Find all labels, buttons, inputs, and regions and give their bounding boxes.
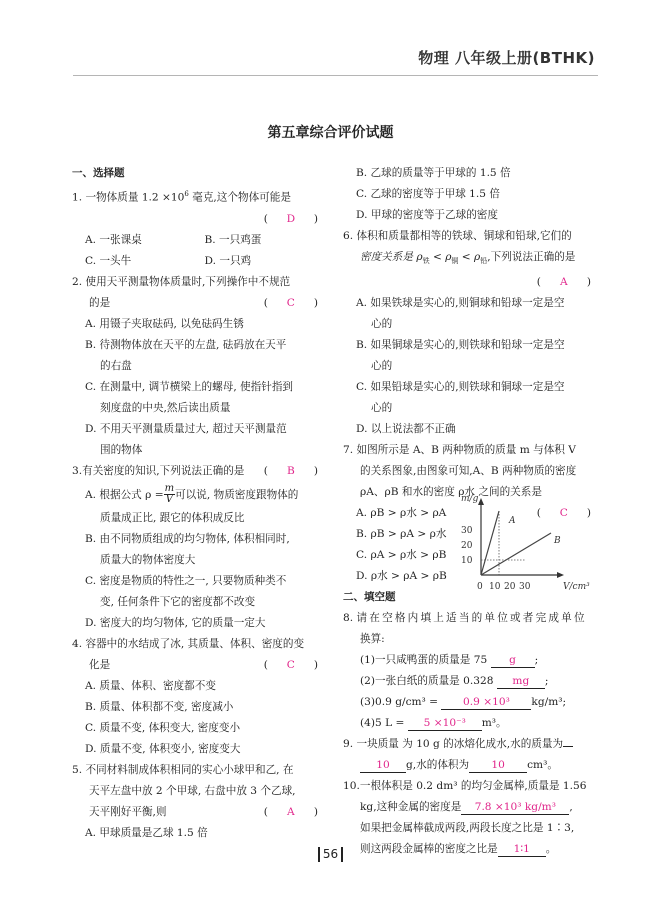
option-a: A. 用镊子夹取砝码, 以免砝码生锈: [72, 314, 324, 335]
answer-choice: B: [268, 461, 314, 482]
question-stem: 一物体质量 1.2 ×10: [85, 192, 184, 204]
option-a: A. 如果铁球是实心的,则铜球和铅球一定是空心的: [343, 293, 597, 335]
left-column: 一、选择题 1. 一物体质量 1.2 ×106 毫克,这个物体可能是 (D) A…: [72, 163, 324, 844]
answer-blank: 10: [360, 758, 406, 773]
option-d: D. 以上说法都不正确: [343, 419, 597, 440]
page-number: 56: [0, 847, 661, 862]
answer-blank: 7.8 ×10³ kg/m³: [461, 800, 569, 815]
svg-text:0: 0: [477, 582, 483, 592]
option-d: D. 质量不变, 体积变小, 密度变大: [72, 739, 324, 760]
question-2: 2. 使用天平测量物体质量时,下列操作中不规范 的是(C) A. 用镊子夹取砝码…: [72, 272, 324, 461]
question-number: 1.: [72, 192, 82, 204]
y-axis-label: m/g: [461, 494, 479, 504]
svg-text:20: 20: [461, 541, 473, 551]
option-c: C. 质量不变, 体积变大, 密度变小: [72, 718, 324, 739]
page-number-bar-right: [341, 847, 343, 862]
question-number: 6.: [343, 230, 353, 242]
answer-choice: D: [268, 209, 314, 230]
question-number: 2.: [72, 276, 82, 288]
line-b-label: B: [553, 536, 561, 546]
header-divider: [73, 75, 598, 76]
answer-choice: A: [268, 802, 314, 823]
question-stem: 如图所示是 A、B 两种物质的质量 m 与体积 V: [356, 444, 575, 456]
mass-volume-graph: m/g 10 20 30 0 10 20 30 V/cm³ A B: [458, 493, 638, 593]
option-c: C. 一头牛: [85, 251, 205, 272]
question-number: 4.: [72, 638, 82, 650]
x-axis-label: V/cm³: [563, 582, 590, 592]
question-stem: 一根体积是 0.2 dm³ 的均匀金属棒,质量是 1.56: [360, 780, 587, 792]
option-a: A. 甲球质量是乙球 1.5 倍: [72, 823, 324, 844]
question-number: 10.: [343, 780, 360, 792]
question-stem: 请在空格内填上适当的单位或者完成单位: [356, 612, 586, 624]
header-title: 物理 八年级上册(BTHK): [418, 47, 595, 68]
question-4: 4. 容器中的水结成了冰, 其质量、体积、密度的变 化是(C) A. 质量、体积…: [72, 634, 324, 760]
question-stem: 有关密度的知识,下列说法正确的是: [82, 465, 244, 477]
option-d: D. 密度大的均匀物体, 它的质量一定大: [72, 613, 324, 634]
page-title: 第五章综合评价试题: [0, 122, 661, 142]
y-axis-arrow-icon: [478, 498, 484, 505]
question-9: 9. 一块质量 为 10 g 的冰熔化成水,水的质量为 10g,水的体积为10c…: [343, 734, 597, 776]
answer-choice: C: [268, 655, 314, 676]
option-a: A. 一张课桌: [85, 230, 205, 251]
svg-text:20: 20: [504, 582, 516, 592]
question-1: 1. 一物体质量 1.2 ×106 毫克,这个物体可能是 (D) A. 一张课桌…: [72, 184, 324, 272]
question-number: 9.: [343, 738, 353, 750]
question-number: 8.: [343, 612, 353, 624]
answer-blank: 5 ×10⁻³: [408, 716, 482, 731]
question-number: 7.: [343, 444, 353, 456]
option-d: D. 一只鸡: [205, 251, 325, 272]
answer-choice: C: [268, 293, 314, 314]
option-a: A. 质量、体积、密度都不变: [72, 676, 324, 697]
question-6: 6. 体积和质量都相等的铁球、铜球和铅球,它们的 密度关系是 ρ铁 < ρ铜 <…: [343, 226, 597, 440]
q5-option-b: B. 乙球的质量等于甲球的 1.5 倍: [343, 163, 597, 184]
fill-item-4: (4)5 L = 5 ×10⁻³m³。: [343, 713, 597, 734]
answer-blank: 0.9 ×10³: [441, 695, 531, 710]
option-c: C. 密度是物质的特性之一, 只要物质种类不变, 任何条件下它的密度都不改变: [72, 571, 324, 613]
answer-choice: A: [541, 272, 587, 293]
svg-text:10: 10: [461, 556, 473, 566]
answer-blank: 10: [469, 758, 527, 773]
svg-text:30: 30: [461, 526, 473, 536]
question-stem: 一块质量 为 10 g 的冰熔化成水,水的质量为: [356, 738, 563, 750]
q5-option-c: C. 乙球的密度等于甲球 1.5 倍: [343, 184, 597, 205]
fill-item-1: (1)一只咸鸭蛋的质量是 75 g;: [343, 650, 597, 671]
answer-blank: mg: [497, 674, 545, 689]
question-8: 8. 请在空格内填上适当的单位或者完成单位 换算: (1)一只咸鸭蛋的质量是 7…: [343, 608, 597, 734]
svg-text:30: 30: [519, 582, 531, 592]
option-b: B. 一只鸡蛋: [205, 230, 325, 251]
question-5: 5. 不同材料制成体积相同的实心小球甲和乙, 在 天平左盘中放 2 个甲球, 右…: [72, 760, 324, 844]
question-3: 3.有关密度的知识,下列说法正确的是(B) A. 根据公式 ρ =mV可以说, …: [72, 461, 324, 634]
svg-text:10: 10: [489, 582, 501, 592]
fill-item-2: (2)一张白纸的质量是 0.328 mg;: [343, 671, 597, 692]
fraction-m-over-v: mV: [164, 484, 175, 505]
fill-item-3: (3)0.9 g/cm³ = 0.9 ×10³kg/m³;: [343, 692, 597, 713]
answer-blank: g: [491, 653, 535, 668]
option-c: C. 如果铅球是实心的,则铁球和铜球一定是空心的: [343, 377, 597, 419]
x-axis-arrow-icon: [557, 572, 564, 578]
option-a: A. 根据公式 ρ =mV可以说, 物质密度跟物体的质量成正比, 跟它的体积成反…: [72, 482, 324, 529]
option-b: B. 如果铜球是实心的,则铁球和铅球一定是空心的: [343, 335, 597, 377]
question-stem: 容器中的水结成了冰, 其质量、体积、密度的变: [85, 638, 304, 650]
answer-bracket: (D): [72, 209, 324, 230]
option-b: B. 待测物体放在天平的左盘, 砝码放在天平的右盘: [72, 335, 324, 377]
option-c: C. 在测量中, 调节横梁上的螺母, 使指针指到刻度盘的中央,然后读出质量: [72, 377, 324, 419]
page-number-bar-left: [318, 847, 320, 862]
option-b: B. 质量、体积都不变, 密度减小: [72, 697, 324, 718]
line-a-label: A: [508, 516, 516, 526]
question-stem: 使用天平测量物体质量时,下列操作中不规范: [85, 276, 290, 288]
option-b: B. 由不同物质组成的均匀物体, 体积相同时,质量大的物体密度大: [72, 529, 324, 571]
question-stem: 体积和质量都相等的铁球、铜球和铅球,它们的: [356, 230, 571, 242]
question-number: 3.: [72, 465, 82, 477]
question-stem: 不同材料制成体积相同的实心小球甲和乙, 在: [85, 764, 293, 776]
q5-option-d: D. 甲球的密度等于乙球的密度: [343, 205, 597, 226]
option-d: D. 不用天平测量质量过大, 超过天平测量范围的物体: [72, 419, 324, 461]
question-number: 5.: [72, 764, 82, 776]
answer-bracket: (A): [343, 272, 597, 293]
section-heading-choice: 一、选择题: [72, 163, 324, 184]
